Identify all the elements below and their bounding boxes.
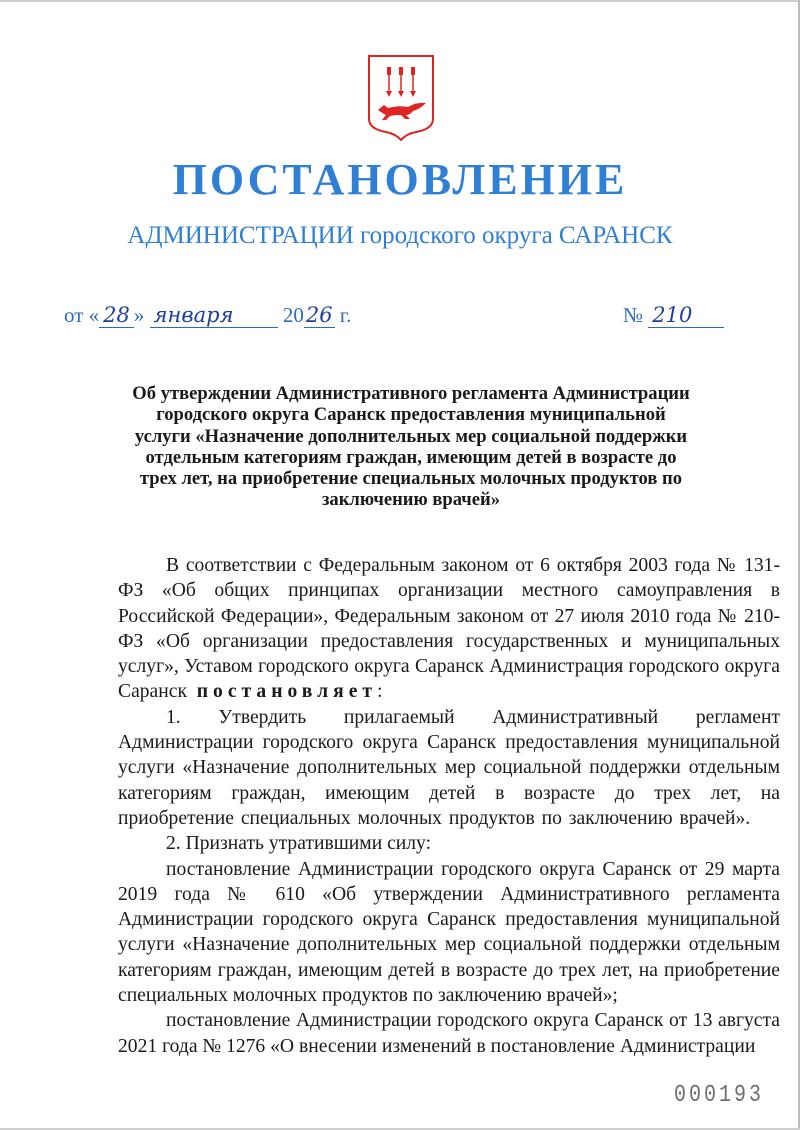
date-mid: » [134, 303, 145, 327]
page-edge-top [0, 0, 800, 2]
serial-stamp: 000193 [674, 1082, 764, 1110]
date-day: 28 [99, 303, 134, 328]
document-date: от «28» января 2026 г. [64, 303, 351, 328]
item-2-repeal-1: постановление Администрации городского о… [118, 857, 780, 1009]
number-prefix: № [623, 303, 643, 327]
date-month: января [150, 303, 278, 328]
decree-word: постановляет [197, 681, 377, 702]
date-prefix: от « [64, 303, 99, 327]
date-suffix: г. [340, 303, 352, 327]
decree-colon: : [377, 681, 382, 702]
item-1: 1. Утвердить прилагаемый Административны… [118, 705, 780, 831]
item-2-repeal-2: постановление Администрации городского о… [118, 1008, 780, 1059]
document-number: № 210 [623, 303, 724, 328]
coat-of-arms-icon [366, 53, 436, 141]
preamble-paragraph: В соответствии с Федеральным законом от … [118, 553, 780, 705]
date-year-suffix: 26 [304, 303, 335, 328]
number-value: 210 [648, 303, 724, 328]
date-year-prefix: 20 [283, 303, 304, 327]
document-subtitle: АДМИНИСТРАЦИИ городского округа САРАНСК [0, 222, 800, 250]
item-2: 2. Признать утратившими силу: [118, 831, 780, 856]
document-heading: Об утверждении Административного регламе… [128, 383, 694, 511]
document-title: ПОСТАНОВЛЕНИЕ [0, 154, 800, 205]
document-body: В соответствии с Федеральным законом от … [118, 553, 780, 1059]
